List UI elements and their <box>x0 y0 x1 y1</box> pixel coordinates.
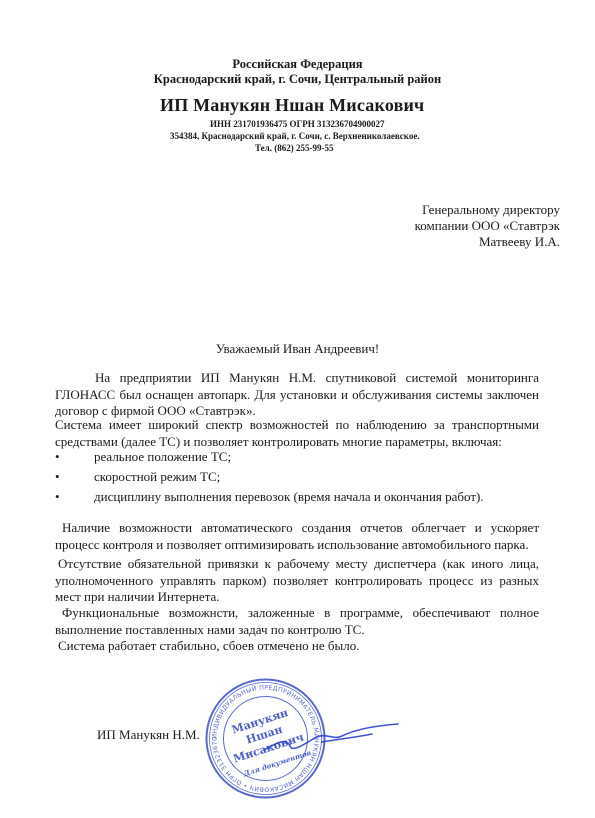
greeting: Уважаемый Иван Андреевич! <box>0 341 595 357</box>
list-item-text: дисциплину выполнения перевозок (время н… <box>94 489 484 505</box>
paragraph-reports: Наличие возможности автоматического созд… <box>55 520 539 553</box>
bullet-icon: • <box>55 489 60 505</box>
letterhead-region: Краснодарский край, г. Сочи, Центральный… <box>0 72 595 87</box>
paragraph-functionality: Функциональные возможнсти, заложенные в … <box>55 605 539 638</box>
paragraph-remote-access: Отсутствие обязательной привязки к рабоч… <box>55 556 539 606</box>
signer-name: ИП Манукян Н.М. <box>97 727 200 743</box>
bullet-icon: • <box>55 469 60 485</box>
handwritten-signature <box>262 720 402 760</box>
list-item-text: реальное положение ТС; <box>94 449 231 465</box>
list-item-text: скоростной режим ТС; <box>94 469 220 485</box>
letterhead-phone: Тел. (862) 255-99-55 <box>255 143 333 153</box>
paragraph-intro: На предприятии ИП Манукян Н.М. спутников… <box>55 370 539 420</box>
paragraph-stability: Система работает стабильно, сбоев отмече… <box>55 638 539 655</box>
recipient-line-2: компании ООО «Ставтрэк <box>415 218 560 234</box>
paragraph-capabilities: Система имеет широкий спектр возможносте… <box>55 417 539 450</box>
letterhead-country: Российская Федерация <box>0 57 595 72</box>
letterhead-address: 354384, Краснодарский край, г. Сочи, с. … <box>170 131 420 141</box>
recipient-line-3: Матвееву И.А. <box>415 234 560 250</box>
recipient-line-1: Генеральному директору <box>415 202 560 218</box>
letterhead-ids: ИНН 231701936475 ОГРН 313236704900027 <box>210 119 384 129</box>
recipient-block: Генеральному директору компании ООО «Ста… <box>415 202 560 250</box>
bullet-icon: • <box>55 449 60 465</box>
letterhead-company-name: ИП Манукян Ншан Мисакович <box>160 95 424 116</box>
